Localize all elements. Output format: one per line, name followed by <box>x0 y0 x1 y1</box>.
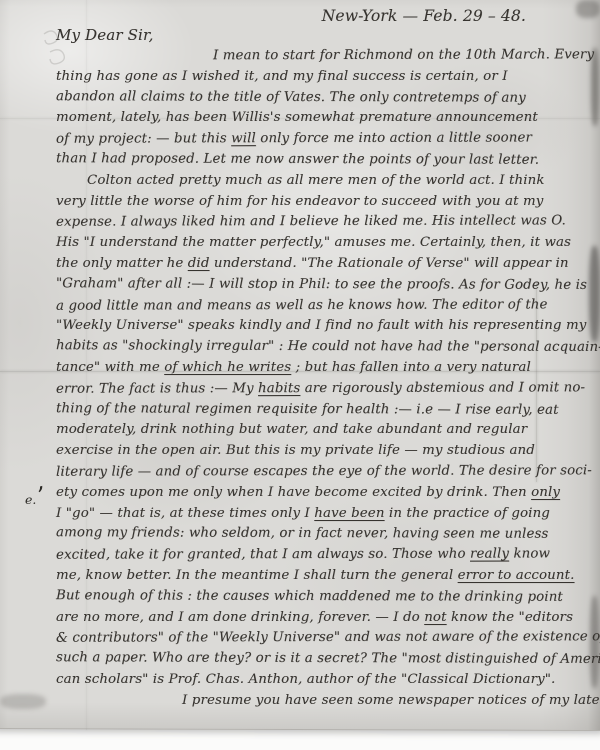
letter-line: habits as "shockingly irregular" : He co… <box>56 336 584 358</box>
letter-line: Colton acted pretty much as all mere men… <box>56 171 584 192</box>
letter-line: than I had proposed. Let me now answer t… <box>56 149 584 171</box>
letter-line: thing of the natural regimen requisite f… <box>56 399 584 421</box>
letter-line: literary life — and of course escapes th… <box>56 461 584 483</box>
letter-line: "Weekly Universe" speaks kindly and I fi… <box>56 316 584 337</box>
letter-line: moment, lately, has been Willis's somewh… <box>56 108 584 129</box>
letter-line: among my friends: who seldom, or in fact… <box>56 523 584 545</box>
letter-line: But enough of this : the causes which ma… <box>56 586 584 608</box>
letter-line: me, know better. In the meantime I shall… <box>56 566 584 587</box>
letter-line: tance" with me of which he writes ; but … <box>56 358 584 379</box>
letter-line: are no more, and I am done drinking, for… <box>56 608 584 629</box>
corner-smudge <box>576 0 600 18</box>
letter-line: abandon all claims to the title of Vates… <box>56 87 584 109</box>
letter-line: of my project: — but this will only forc… <box>56 128 584 150</box>
letter-line: thing has gone as I wished it, and my fi… <box>56 67 584 88</box>
letter-line: I presume you have seen some newspaper n… <box>56 691 584 712</box>
letter-line: excited, take it for granted, that I am … <box>56 544 584 566</box>
letter-line: His "I understand the matter perfectly,"… <box>56 233 584 254</box>
letter-body: I mean to start for Richmond on the 10th… <box>56 46 584 712</box>
letter-line: I mean to start for Richmond on the 10th… <box>56 45 584 67</box>
letter-line: such a paper. Who are they? or is it a s… <box>56 648 584 670</box>
edge-smudge <box>589 246 600 342</box>
letter-line: very little the worse of him for his end… <box>56 192 584 213</box>
letter-line: & contributors" of the "Weekly Universe"… <box>56 628 584 650</box>
scanned-letter-page: New-York — Feb. 29 – 48. My Dear Sir, I … <box>0 0 600 750</box>
letter-line: ety comes upon me only when I have becom… <box>56 483 584 504</box>
letter-line: expense. I always liked him and I believ… <box>56 212 584 234</box>
letter-line: I "go" — that is, at these times only I … <box>56 504 584 525</box>
letter-line: the only matter he did understand. "The … <box>56 254 584 275</box>
letter-dateline: New-York — Feb. 29 – 48. <box>322 7 526 25</box>
margin-annotation: e. <box>25 492 36 507</box>
letter-salutation: My Dear Sir, <box>56 26 154 44</box>
letter-line: a good little man and means as well as h… <box>56 295 584 317</box>
letter-line: "Graham" after all :— I will stop in Phi… <box>56 274 584 296</box>
letter-line: exercise in the open air. But this is my… <box>56 441 584 462</box>
letter-line: can scholars" is Prof. Chas. Anthon, aut… <box>56 670 584 691</box>
letter-line: moderately, drink nothing but water, and… <box>56 420 584 441</box>
edge-smudge <box>0 694 46 709</box>
letter-line: error. The fact is thus :— My habits are… <box>56 378 584 400</box>
